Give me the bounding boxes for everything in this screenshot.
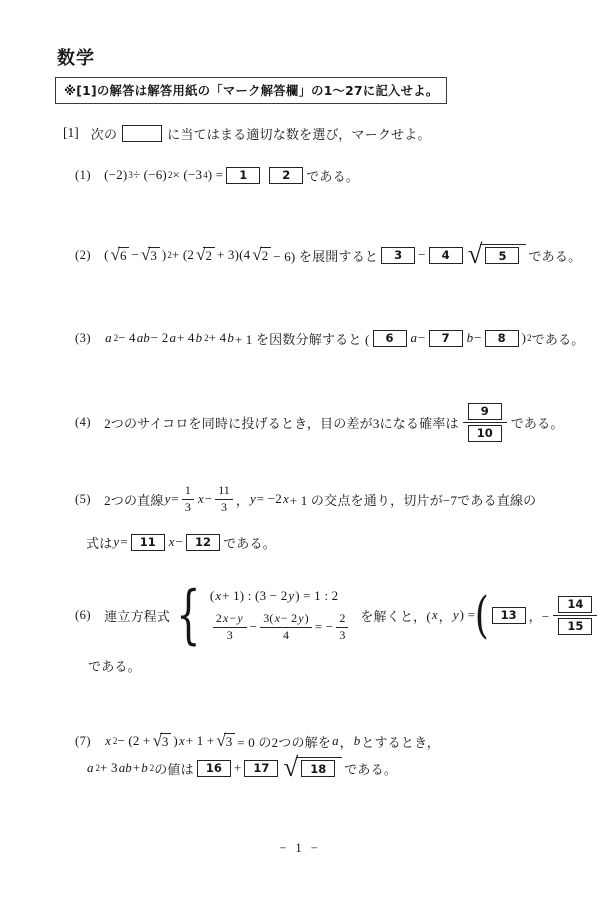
instructions-notice-box: ※[1]の解答は解答用紙の「マーク解答欄」の1～27に記入せよ。 bbox=[55, 77, 447, 104]
fraction: 13 bbox=[182, 484, 194, 515]
problem-6-answer: を解くと，(x，y) = (13，−1415) bbox=[360, 593, 600, 638]
answer-box: 6 bbox=[373, 330, 407, 347]
square-root: √5 bbox=[468, 244, 527, 266]
math-text: + 4 bbox=[209, 330, 227, 346]
problem-6-lead-text: 連立方程式 bbox=[104, 606, 170, 625]
problem-7-expression-line1: x2 − (2 + √3)x + 1 + √3 = 0 の2つの解を a，b と… bbox=[104, 732, 440, 751]
section-1-intro-row: [1] 次のに当てはまる適切な数を選び，マークせよ。 bbox=[63, 122, 431, 144]
answer-box: 3 bbox=[381, 247, 415, 264]
math-text: である。 bbox=[306, 166, 359, 185]
numerator: 3(x − 2y) bbox=[260, 612, 312, 628]
math-text: + (2 bbox=[172, 247, 194, 263]
problem-number: (7) bbox=[75, 734, 91, 749]
problem-number: (5) bbox=[75, 492, 91, 507]
math-variable: y bbox=[297, 612, 304, 626]
denominator: 3 bbox=[227, 628, 233, 643]
math-text: ) bbox=[522, 330, 527, 346]
math-text: を解くと，( bbox=[360, 606, 431, 625]
answer-box: 16 bbox=[197, 760, 231, 777]
system-brace: { bbox=[176, 583, 200, 647]
math-text: + 1) : (3 − 2 bbox=[222, 588, 287, 604]
problem-number: (6) bbox=[75, 608, 91, 623]
answer-box: 13 bbox=[492, 607, 526, 624]
math-variable: x bbox=[282, 491, 290, 507]
math-text: − 2 bbox=[151, 330, 169, 346]
square-root: √2 bbox=[252, 247, 271, 264]
math-text: × (−3 bbox=[172, 167, 202, 183]
problem-number: (4) bbox=[75, 415, 91, 430]
problem-number: (1) bbox=[75, 168, 91, 183]
math-text: − bbox=[229, 612, 236, 626]
math-variable: b bbox=[226, 330, 235, 346]
answer-box: 7 bbox=[429, 330, 463, 347]
boxed-fraction: 1415 bbox=[553, 596, 597, 635]
math-text: − bbox=[205, 491, 213, 507]
answer-box: 2 bbox=[269, 167, 303, 184]
answer-box: 10 bbox=[468, 425, 502, 442]
math-variable: b bbox=[195, 330, 204, 346]
denominator: 3 bbox=[185, 500, 191, 515]
square-root: √3 bbox=[216, 733, 235, 750]
math-text: = bbox=[120, 534, 128, 550]
numerator: 9 bbox=[463, 403, 507, 423]
numerator: 14 bbox=[553, 596, 597, 616]
math-variable: a bbox=[410, 330, 419, 346]
math-variable: y bbox=[112, 534, 120, 550]
numerator: 11 bbox=[215, 484, 233, 500]
radicand: 3 bbox=[224, 733, 236, 750]
page-number: − 1 − bbox=[0, 841, 600, 856]
empty-answer-box bbox=[122, 125, 162, 142]
math-text: とするとき， bbox=[361, 732, 440, 751]
problem-1-row: (1) (−2)3 ÷ (−6)2 × (−34) = 12 である。 bbox=[75, 163, 359, 187]
math-variable: b bbox=[140, 760, 149, 776]
answer-box: 17 bbox=[244, 760, 278, 777]
problem-4-row: (4) 2つのサイコロを同時に投げるとき，目の差が3になる確率は 910 である… bbox=[75, 401, 564, 443]
answer-box: 4 bbox=[429, 247, 463, 264]
math-variable: ab bbox=[118, 760, 133, 776]
math-text: − 2 bbox=[281, 612, 297, 626]
equation-1: (x + 1) : (3 − 2y) = 1 : 2 bbox=[210, 588, 352, 604]
math-text: + bbox=[133, 760, 141, 776]
math-variable: y bbox=[249, 491, 257, 507]
math-text: ÷ (−6) bbox=[133, 167, 167, 183]
math-variable: x bbox=[197, 491, 205, 507]
fraction: 113 bbox=[215, 484, 233, 515]
answer-box: 8 bbox=[485, 330, 519, 347]
math-variable: x bbox=[274, 612, 281, 626]
problem-3-expression: a2 − 4ab − 2a + 4b2 + 4b + 1 を因数分解すると (6… bbox=[104, 329, 584, 348]
math-text: = −2 bbox=[257, 491, 282, 507]
radicand: 3 bbox=[160, 733, 172, 750]
math-text: ) = bbox=[208, 167, 224, 183]
square-root: √6 bbox=[111, 247, 130, 264]
problem-4-expression: 2つのサイコロを同時に投げるとき，目の差が3になる確率は 910 である。 bbox=[104, 403, 563, 442]
radicand: 2 bbox=[203, 247, 215, 264]
fraction: 2x − y3 bbox=[213, 612, 247, 643]
numerator: 2x − y bbox=[213, 612, 247, 628]
math-text: である。 bbox=[532, 329, 585, 348]
math-text: 2つの直線 bbox=[104, 490, 164, 509]
problem-5-expression-line1: 2つの直線 y = 13x − 113，y = −2x + 1 の交点を通り，切… bbox=[104, 484, 536, 515]
problem-5-row-line2: 式は y = 11x − 12 である。 bbox=[86, 531, 276, 553]
math-variable: b bbox=[353, 733, 362, 749]
problem-6-row: (6) 連立方程式 { (x + 1) : (3 − 2y) = 1 : 2 2… bbox=[75, 578, 600, 652]
math-text: − bbox=[176, 534, 184, 550]
math-text: である。 bbox=[511, 413, 564, 432]
math-text: 式は bbox=[86, 533, 112, 552]
math-variable: x bbox=[431, 607, 439, 623]
math-variable: y bbox=[164, 491, 172, 507]
math-text: 2つのサイコロを同時に投げるとき，目の差が3になる確率は bbox=[104, 413, 459, 432]
math-text: − bbox=[474, 330, 482, 346]
math-variable: x bbox=[104, 733, 112, 749]
problem-7-row: (7) x2 − (2 + √3)x + 1 + √3 = 0 の2つの解を a… bbox=[75, 728, 440, 754]
problem-7-expression-line2: a2 + 3ab + b2 の値は 16 + 17√18 である。 bbox=[86, 757, 397, 779]
radicand: 3 bbox=[148, 247, 160, 264]
math-variable: b bbox=[466, 330, 475, 346]
math-text: である。 bbox=[528, 246, 581, 265]
problem-6-tail-text: である。 bbox=[88, 656, 141, 675]
math-text: ， bbox=[439, 606, 452, 625]
denominator: 10 bbox=[465, 423, 505, 442]
numerator: 1 bbox=[182, 484, 194, 500]
math-text: である。 bbox=[344, 759, 397, 778]
answer-box: 5 bbox=[485, 247, 519, 264]
math-text: = − bbox=[315, 619, 334, 635]
answer-box: 1 bbox=[226, 167, 260, 184]
math-text: ) = 1 : 2 bbox=[295, 588, 338, 604]
math-text: の値は bbox=[154, 759, 194, 778]
problem-2-expression: (√6 − √3)2 + (2√2 + 3)(4√2 − 6) を展開すると 3… bbox=[104, 244, 581, 266]
fraction: 3(x − 2y)4 bbox=[260, 612, 312, 643]
section-intro-math: 次のに当てはまる適切な数を選び，マークせよ。 bbox=[91, 124, 431, 143]
math-text: ) bbox=[305, 612, 309, 626]
math-text: 次の bbox=[91, 124, 117, 143]
equation-2: 2x − y3 − 3(x − 2y)4 = −23 bbox=[210, 612, 352, 643]
square-root: √2 bbox=[196, 247, 215, 264]
math-text: + 3)(4 bbox=[217, 247, 250, 263]
math-variable: x bbox=[214, 588, 222, 604]
math-variable: a bbox=[86, 760, 95, 776]
big-paren: ( bbox=[475, 593, 489, 638]
math-text: − 6) を展開すると bbox=[273, 246, 378, 265]
problem-6-row-line2: である。 bbox=[88, 655, 141, 675]
denominator: 15 bbox=[555, 616, 595, 635]
math-variable: x bbox=[168, 534, 176, 550]
math-text: + 4 bbox=[177, 330, 195, 346]
problem-7-row-line2: a2 + 3ab + b2 の値は 16 + 17√18 である。 bbox=[86, 754, 397, 782]
math-text: (−2) bbox=[104, 167, 127, 183]
problem-5-row: (5) 2つの直線 y = 13x − 113，y = −2x + 1 の交点を… bbox=[75, 480, 536, 518]
math-text: + 1 + bbox=[186, 733, 215, 749]
math-variable: y bbox=[287, 588, 295, 604]
problem-1-expression: (−2)3 ÷ (−6)2 × (−34) = 12 である。 bbox=[104, 166, 359, 185]
exam-page: 数学 ※[1]の解答は解答用紙の「マーク解答欄」の1～27に記入せよ。 [1] … bbox=[0, 0, 600, 900]
math-variable: x bbox=[178, 733, 186, 749]
radicand: 18 bbox=[296, 757, 342, 777]
math-text: + 3 bbox=[100, 760, 118, 776]
math-text: ， bbox=[340, 732, 353, 751]
math-text: − bbox=[418, 247, 426, 263]
math-variable: ab bbox=[136, 330, 151, 346]
problem-number: (3) bbox=[75, 331, 91, 346]
math-variable: a bbox=[331, 733, 340, 749]
problem-3-row: (3) a2 − 4ab − 2a + 4b2 + 4b + 1 を因数分解する… bbox=[75, 324, 584, 352]
math-text: ( bbox=[104, 247, 109, 263]
math-text: − bbox=[418, 330, 426, 346]
denominator: 3 bbox=[221, 500, 227, 515]
square-root: √3 bbox=[141, 247, 160, 264]
math-text: − bbox=[250, 619, 258, 635]
denominator: 3 bbox=[339, 628, 345, 643]
math-text: − 4 bbox=[118, 330, 136, 346]
boxed-fraction: 910 bbox=[463, 403, 507, 442]
math-text: に当てはまる適切な数を選び，マークせよ。 bbox=[167, 124, 430, 143]
math-text: ，− bbox=[529, 606, 550, 625]
math-text: 3( bbox=[263, 612, 273, 626]
math-text: ) = bbox=[460, 607, 476, 623]
fraction: 23 bbox=[336, 612, 348, 643]
answer-box: 18 bbox=[301, 760, 335, 777]
answer-box: 14 bbox=[558, 596, 592, 613]
radicand: 6 bbox=[118, 247, 130, 264]
math-variable: y bbox=[236, 612, 243, 626]
problem-5-expression-line2: 式は y = 11x − 12 である。 bbox=[86, 533, 276, 552]
math-variable: x bbox=[222, 612, 229, 626]
square-root: √18 bbox=[283, 757, 342, 779]
math-variable: a bbox=[104, 330, 113, 346]
math-text: − bbox=[131, 247, 139, 263]
denominator: 4 bbox=[283, 628, 289, 643]
numerator: 2 bbox=[336, 612, 348, 628]
math-text: − (2 + bbox=[117, 733, 150, 749]
problem-2-row: (2) (√6 − √3)2 + (2√2 + 3)(4√2 − 6) を展開す… bbox=[75, 241, 581, 269]
answer-box: 12 bbox=[186, 534, 220, 551]
answer-box: 9 bbox=[468, 403, 502, 420]
math-text: + bbox=[234, 760, 242, 776]
page-title: 数学 bbox=[57, 44, 95, 70]
math-text: + 1 の交点を通り，切片が−7である直線の bbox=[290, 490, 537, 509]
radicand: 2 bbox=[260, 247, 272, 264]
section-label: [1] bbox=[63, 125, 79, 141]
math-text: + 1 を因数分解すると ( bbox=[235, 329, 370, 348]
square-root: √3 bbox=[153, 733, 172, 750]
math-variable: y bbox=[452, 607, 460, 623]
answer-box: 15 bbox=[558, 618, 592, 635]
radicand: 5 bbox=[480, 244, 526, 264]
equation-system: (x + 1) : (3 − 2y) = 1 : 2 2x − y3 − 3(x… bbox=[210, 588, 352, 643]
math-text: = bbox=[171, 491, 179, 507]
answer-box: 11 bbox=[131, 534, 165, 551]
problem-number: (2) bbox=[75, 248, 91, 263]
math-variable: a bbox=[168, 330, 177, 346]
math-text: = 0 の2つの解を bbox=[237, 732, 331, 751]
math-text: ) bbox=[162, 247, 167, 263]
math-text: ， bbox=[236, 490, 249, 509]
math-text: である。 bbox=[223, 533, 276, 552]
